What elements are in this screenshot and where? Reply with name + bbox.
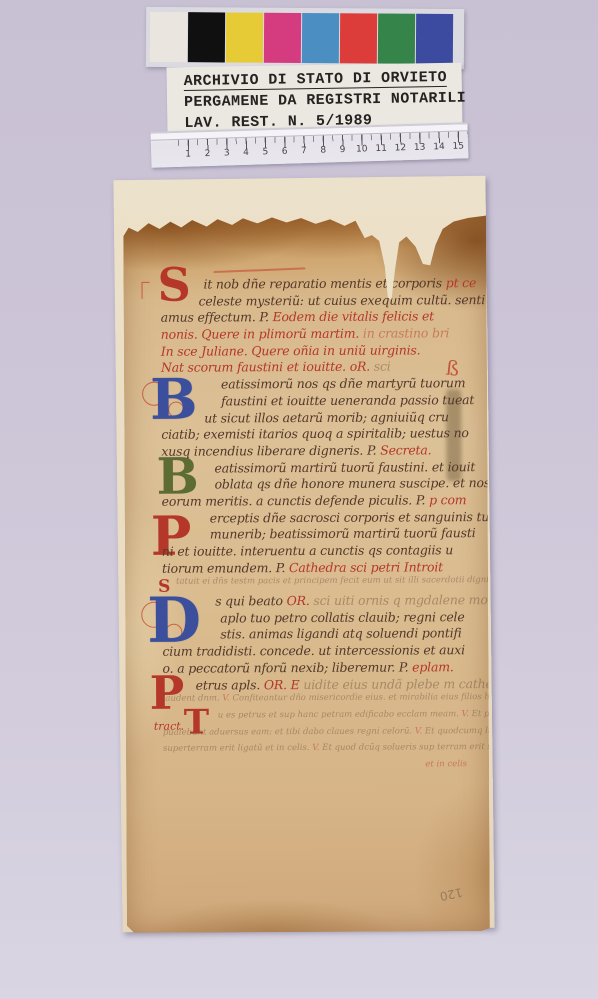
photo-background: ARCHIVIO DI STATO DI ORVIETO PERGAMENE D… (0, 0, 598, 999)
archive-label-line2: PERGAMENE DA REGISTRI NOTARILI (184, 88, 462, 113)
archive-label: ARCHIVIO DI STATO DI ORVIETO PERGAMENE D… (166, 63, 462, 134)
text-segment: Et quodcumq ligaue (425, 725, 512, 735)
ruler-number: 14 (433, 142, 445, 152)
text-segment: V. (312, 743, 322, 753)
text-segment: Et porte inferi no (472, 709, 547, 719)
pen-flourish (213, 267, 305, 273)
manuscript-line: faustini et iouitte ueneranda passio tue… (161, 392, 473, 410)
manuscript-line: erceptis dñe sacrosci corporis et sangui… (162, 509, 474, 527)
text-segment: munerib; beatissimorũ martirũ tuorũ faus… (210, 525, 476, 541)
manuscript-line: eatissimorũ nos qs dñe martyrũ tuorum (161, 375, 473, 393)
manuscript-line: munerib; beatissimorũ martirũ tuorũ faus… (162, 525, 474, 543)
text-segment: amus effectum. P. (161, 310, 273, 326)
manuscript-line: et in celis (163, 759, 475, 777)
ruler-number: 12 (394, 143, 406, 153)
text-segment: Et quod dcũq solueris sup terram erit so… (322, 742, 514, 753)
manuscript-line: In sce Juliane. Quere oñia in uniũ uirgi… (161, 342, 473, 360)
ruler-number: 3 (221, 148, 233, 158)
manuscript-line: o. a peccatorũ nforũ nexib; liberemur. P… (162, 659, 474, 677)
manuscript-line: celeste mysteriũ: ut cuius exequim cultũ… (161, 292, 473, 310)
text-segment: nonis. Quere in plimorũ martim. (161, 326, 363, 342)
manuscript-line: xusq incendius liberare digneris. P. Sec… (161, 442, 473, 460)
color-bar (146, 7, 464, 69)
text-segment: uidite eius undã plebe m cathedra senior… (303, 675, 575, 691)
text-segment: Secreta. (380, 442, 431, 457)
folio-pencil-mark: 120 (438, 885, 463, 904)
text-segment: eplam. (412, 659, 454, 674)
manuscript-line: nonis. Quere in plimorũ martim. in crast… (161, 325, 473, 343)
text-segment: aplo tuo petro collatis clauib; regni ce… (220, 609, 464, 625)
text-segment: et in celis (425, 759, 467, 769)
manuscript-line: eatissimorũ martirũ tuorũ faustini. et i… (161, 459, 473, 477)
ruler-number: 1 (182, 149, 194, 159)
text-segment: p com (429, 492, 466, 507)
text-segment: stis. animas ligandi atq soluendi pontif… (220, 626, 461, 642)
text-segment: celeste mysteriũ: ut cuius exequim cultũ… (199, 292, 485, 308)
ruler-number: 6 (279, 147, 291, 157)
text-segment: V. (462, 709, 472, 719)
text-segment: sci uiti ornis q mgdalene mo (313, 592, 487, 608)
text-segment: xusq incendius liberare digneris. P. (161, 442, 380, 458)
color-patch-green (378, 14, 415, 64)
manuscript-line: oblata qs dñe honore munera suscipe. et … (162, 475, 474, 493)
text-segment: s qui beato (215, 593, 286, 608)
text-segment: tiorum emundem. P. (162, 560, 289, 576)
text-segment: it nob dñe reparatio mentis et corporis (203, 275, 445, 291)
text-segment: OR. (287, 593, 314, 608)
manuscript-line: superterram erit ligatũ et in celis. V. … (163, 742, 475, 760)
manuscript-line: etrus apls. OR. E uidite eius undã plebe… (163, 676, 475, 694)
text-segment: eatissimorũ martirũ tuorũ faustini. et i… (214, 459, 475, 475)
text-segment: u es petrus et sup hanc petram edificabo… (218, 709, 462, 720)
manuscript-line: ut sicut illos aetarũ morib; agniuiũq cr… (161, 409, 473, 427)
text-segment: faustini et iouitte ueneranda passio tue… (221, 392, 474, 408)
manuscript-line: ni et iouitte. interuentu a cunctis qs c… (162, 542, 474, 560)
ruler-number: 4 (240, 148, 252, 158)
text-segment: ni et iouitte. interuentu a cunctis qs c… (162, 542, 453, 559)
text-segment: oblata qs dñe honore munera suscipe. et … (215, 475, 491, 491)
manuscript-line: aplo tuo petro collatis clauib; regni ce… (162, 609, 474, 627)
ruler-number: 11 (375, 144, 387, 154)
text-segment: superterram erit ligatũ et in celis. (163, 743, 312, 754)
text-segment: Nat scorum faustini et iouitte. oR. (161, 359, 374, 375)
text-segment: pualebunt aduersus eam: et tibi dabo cla… (163, 726, 415, 737)
manuscript-line: laudent dnm. V. Confiteantur dño miseric… (163, 692, 475, 710)
text-segment: pt ce (446, 275, 476, 290)
text-segment: cium tradidisti. concede. ut intercessio… (162, 642, 465, 659)
text-segment: V. (222, 694, 232, 704)
ruler-number: 8 (317, 145, 329, 155)
manuscript-line: eorum meritis. a cunctis defende piculis… (162, 492, 474, 510)
manuscript-line: ciatib; exemisti itarios quoq a spirital… (161, 425, 473, 443)
manuscript-line: s qui beato OR. sci uiti ornis q mgdalen… (162, 592, 474, 610)
text-segment: eatissimorũ nos qs dñe martyrũ tuorum (221, 375, 465, 391)
color-patch-magenta (264, 13, 301, 63)
ruler-number: 2 (201, 149, 213, 159)
ruler-number: 7 (298, 146, 310, 156)
manuscript-line: tatuit ei dñs testm pacis et principem f… (162, 575, 474, 593)
manuscript-line: amus effectum. P. Eodem die vitalis feli… (161, 309, 473, 327)
ruler-number: 5 (259, 147, 271, 157)
manuscript-line: Nat scorum faustini et iouitte. oR. sci (161, 359, 473, 377)
color-patch-navy (416, 14, 453, 64)
ruler-number: 9 (336, 145, 348, 155)
text-segment: OR. E (264, 677, 304, 692)
text-segment: ciatib; exemisti itarios quoq a spirital… (161, 425, 469, 442)
color-patch-cyan (302, 13, 339, 63)
color-patch-red (340, 13, 377, 63)
margin-mark (141, 282, 149, 299)
parchment-leaf: ß S B B P S D P tract. T it nob dñe repa… (123, 204, 490, 933)
manuscript-line: pualebunt aduersus eam: et tibi dabo cla… (163, 726, 475, 744)
color-patch-white (150, 12, 187, 62)
manuscript-line: u es petrus et sup hanc petram edificabo… (163, 709, 475, 727)
text-segment: Eodem die vitalis felicis et (273, 309, 434, 325)
manuscript-text: it nob dñe reparatio mentis et corporis … (160, 275, 475, 777)
text-segment: tatuit ei dñs testm pacis et principem f… (176, 575, 502, 587)
text-segment: eorum meritis. a cunctis defende piculis… (162, 492, 429, 508)
text-segment: ut sicut illos aetarũ morib; agniuiũq cr… (204, 409, 449, 425)
text-segment: laudent dnm. (163, 694, 223, 704)
text-segment: In sce Juliane. Quere oñia in uniũ uirgi… (161, 342, 421, 358)
text-segment: in crastino bri (363, 325, 449, 340)
manuscript-line: cium tradidisti. concede. ut intercessio… (162, 642, 474, 660)
ruler-number: 10 (356, 144, 368, 154)
text-segment: Confiteantur dño misericordie eius. et m… (232, 692, 516, 703)
ruler-number: 15 (452, 141, 464, 151)
color-patch-black (188, 12, 225, 62)
text-segment: o. a peccatorũ nforũ nexib; liberemur. P… (162, 659, 412, 675)
manuscript-line: tiorum emundem. P. Cathedra sci petri In… (162, 559, 474, 577)
text-segment: sci (374, 359, 391, 374)
text-segment: erceptis dñe sacrosci corporis et sangui… (210, 509, 490, 525)
manuscript-line: it nob dñe reparatio mentis et corporis … (160, 275, 472, 293)
manuscript-line: stis. animas ligandi atq soluendi pontif… (162, 626, 474, 644)
ruler-number: 13 (414, 143, 426, 153)
text-segment: Cathedra sci petri Introit (289, 559, 443, 575)
text-segment: V. (415, 726, 425, 736)
color-patch-yellow (226, 12, 263, 62)
text-segment: etrus apls. (196, 677, 264, 692)
